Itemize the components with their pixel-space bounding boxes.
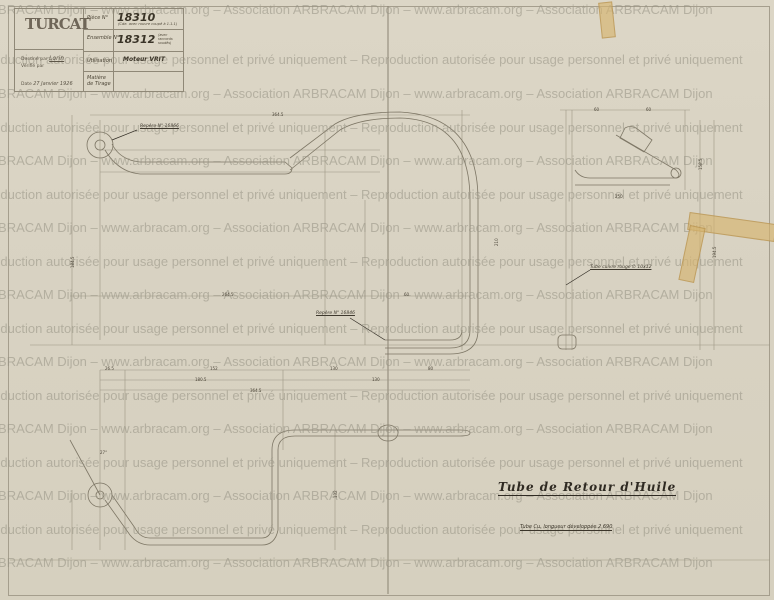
date-label: Date	[21, 82, 32, 87]
title-block: TURCAT Dessiné par Lorin Vérifié par Dat…	[14, 8, 184, 92]
dimension-label: 180.5	[195, 377, 206, 382]
dimension-label: 158.5	[698, 159, 703, 170]
ensemble-note: (avec raccords soudés)	[158, 33, 182, 45]
company-logo: TURCAT	[25, 15, 90, 33]
matiere-row: Matière de Tirage	[83, 71, 183, 91]
dimension-label: 194.5	[712, 247, 717, 258]
matiere-label: Matière de Tirage	[87, 75, 113, 87]
utilisation-row: Utilisation Moteur VRIT	[83, 51, 183, 72]
dimension-label: 210	[494, 238, 499, 246]
dimension-label: 130	[372, 377, 380, 382]
dimension-label: 60	[594, 107, 599, 112]
dimension-label: 364.5	[250, 388, 261, 393]
dimension-label: 132	[333, 490, 338, 498]
piece-row: Pièce N° 18310 (Cde. avec rouvre coupé à…	[83, 9, 183, 30]
dimension-label: 26.5	[105, 366, 114, 371]
tube-material-label: Tube cuivre rouge ∅ 10x12	[590, 265, 651, 270]
ensemble-number: 18312	[117, 33, 155, 46]
dimension-label: 152	[210, 366, 218, 371]
drawn-by-value: Lorin	[49, 55, 64, 62]
utilisation-label: Utilisation	[87, 58, 112, 64]
piece-label: Pièce N°	[87, 15, 108, 21]
dimension-label: 27°	[100, 450, 107, 455]
drawn-by-label: Dessiné par	[21, 57, 48, 62]
dimension-label: 60	[646, 107, 651, 112]
utilisation-value: Moteur VRIT	[123, 56, 165, 63]
checked-by-label: Vérifié par	[21, 64, 44, 69]
title-block-left: TURCAT Dessiné par Lorin Vérifié par Dat…	[15, 9, 84, 91]
ensemble-label: Ensemble N°	[87, 35, 119, 41]
dimension-label: 364.5	[272, 112, 283, 117]
repere-label-mid: Repère N° 16846	[316, 311, 355, 316]
date-value: 27 Janvier 1926	[33, 81, 72, 87]
dimension-label: 130	[330, 366, 338, 371]
ensemble-row: Ensemble N° 18312 (avec raccords soudés)	[83, 29, 183, 52]
piece-note: (Cde. avec rouvre coupé à 1.1.1)	[118, 22, 177, 26]
dimension-label: 264.5	[222, 292, 233, 297]
drawing-sheet: ARBRACAM Dijon – www.arbracam.org – Asso…	[0, 0, 774, 600]
dimension-label: 184.5	[70, 257, 75, 268]
repere-label-top: Repère N° 16866	[140, 124, 179, 129]
drawing-subtitle: Tube Cu, longueur développée 2 690	[520, 524, 612, 531]
dimension-label: 250	[615, 194, 623, 199]
drawing-title: Tube de Retour d'Huile	[498, 480, 676, 496]
dimension-label: 80	[428, 366, 433, 371]
dimension-label: 60	[404, 292, 409, 297]
